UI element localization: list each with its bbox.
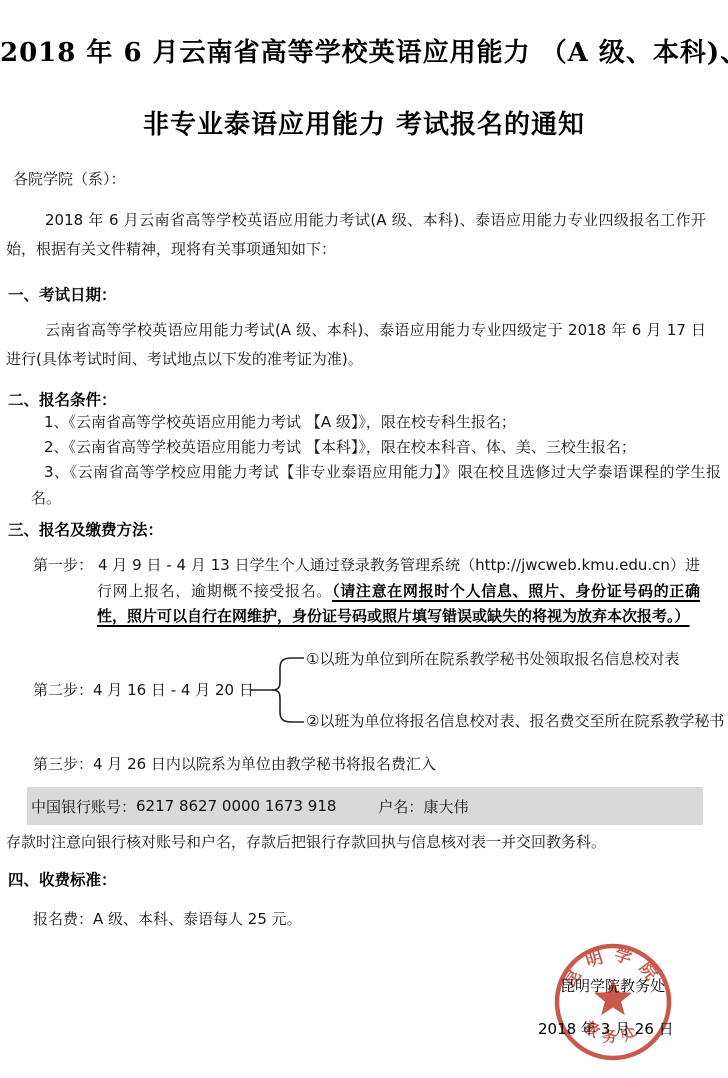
section2-heading: 二、报名条件：: [8, 388, 117, 410]
step2-branch-2: ②以班为单位将报名信息校对表、报名费交至所在院系教学秘书: [306, 710, 728, 731]
account-holder-name: 康大伟: [423, 796, 468, 817]
step2-label: 第二步：4 月 16 日 - 4 月 20 日: [33, 679, 254, 700]
step1-label: 第一步：: [33, 556, 93, 574]
salutation: 各院学院（系）：: [13, 168, 126, 189]
bank-account-highlight: 中国银行账号： 6217 8627 0000 1673 918 户名： 康大伟: [27, 787, 703, 825]
step3-line: 第三步：4 月 26 日内以院系为单位由教学秘书将报名费汇入: [33, 753, 436, 774]
notice-document: 2018 年 6 月云南省高等学校英语应用能力 （A 级、本科)、 非专业泰语应…: [0, 0, 728, 1078]
signer-name: 昆明学院教务处: [560, 975, 665, 996]
condition-item-1: 1、《云南省高等学校英语应用能力考试 【A 级】》，限在校专科生报名；: [31, 409, 721, 435]
intro-paragraph: 2018 年 6 月云南省高等学校英语应用能力考试(A 级、本科)、泰语应用能力…: [6, 206, 706, 264]
deposit-note: 存款时注意向银行核对账号和户名，存款后把银行存款回执与信息核对表一并交回教务科。: [6, 831, 722, 852]
document-title-line2: 非专业泰语应用能力 考试报名的通知: [0, 104, 728, 141]
document-title-line1: 2018 年 6 月云南省高等学校英语应用能力 （A 级、本科)、: [0, 32, 728, 69]
section1-heading: 一、考试日期：: [8, 283, 117, 305]
account-holder-label: 户名：: [378, 796, 423, 817]
official-seal-stamp: 昆明学院 教务处: [551, 940, 675, 1064]
bank-account-label: 中国银行账号：: [31, 796, 136, 817]
step1-paragraph: 第一步： 4 月 9 日 - 4 月 13 日学生个人通过登录教务管理系统（ht…: [33, 553, 700, 630]
step2-branch-1: ①以班为单位到所在院系教学秘书处领取报名信息校对表: [306, 648, 679, 669]
bank-account-number: 6217 8627 0000 1673 918: [136, 797, 336, 815]
section1-body: 云南省高等学校英语应用能力考试(A 级、本科)、泰语应用能力专业四级定于 201…: [6, 316, 706, 374]
condition-item-3: 3、《云南省高等学校应用能力考试【非专业泰语应用能力】》限在校且选修过大学泰语课…: [31, 459, 721, 511]
brace-connector: [250, 650, 306, 730]
signature-date: 2018 年 3 月 26 日: [538, 1018, 674, 1039]
fee-line: 报名费：A 级、本科、泰语每人 25 元。: [33, 908, 302, 929]
condition-item-2: 2、《云南省高等学校英语应用能力考试 【本科】》，限在校本科音、体、美、三校生报…: [31, 434, 721, 460]
section3-heading: 三、报名及缴费方法：: [8, 518, 163, 540]
section4-heading: 四、收费标准：: [8, 868, 117, 890]
